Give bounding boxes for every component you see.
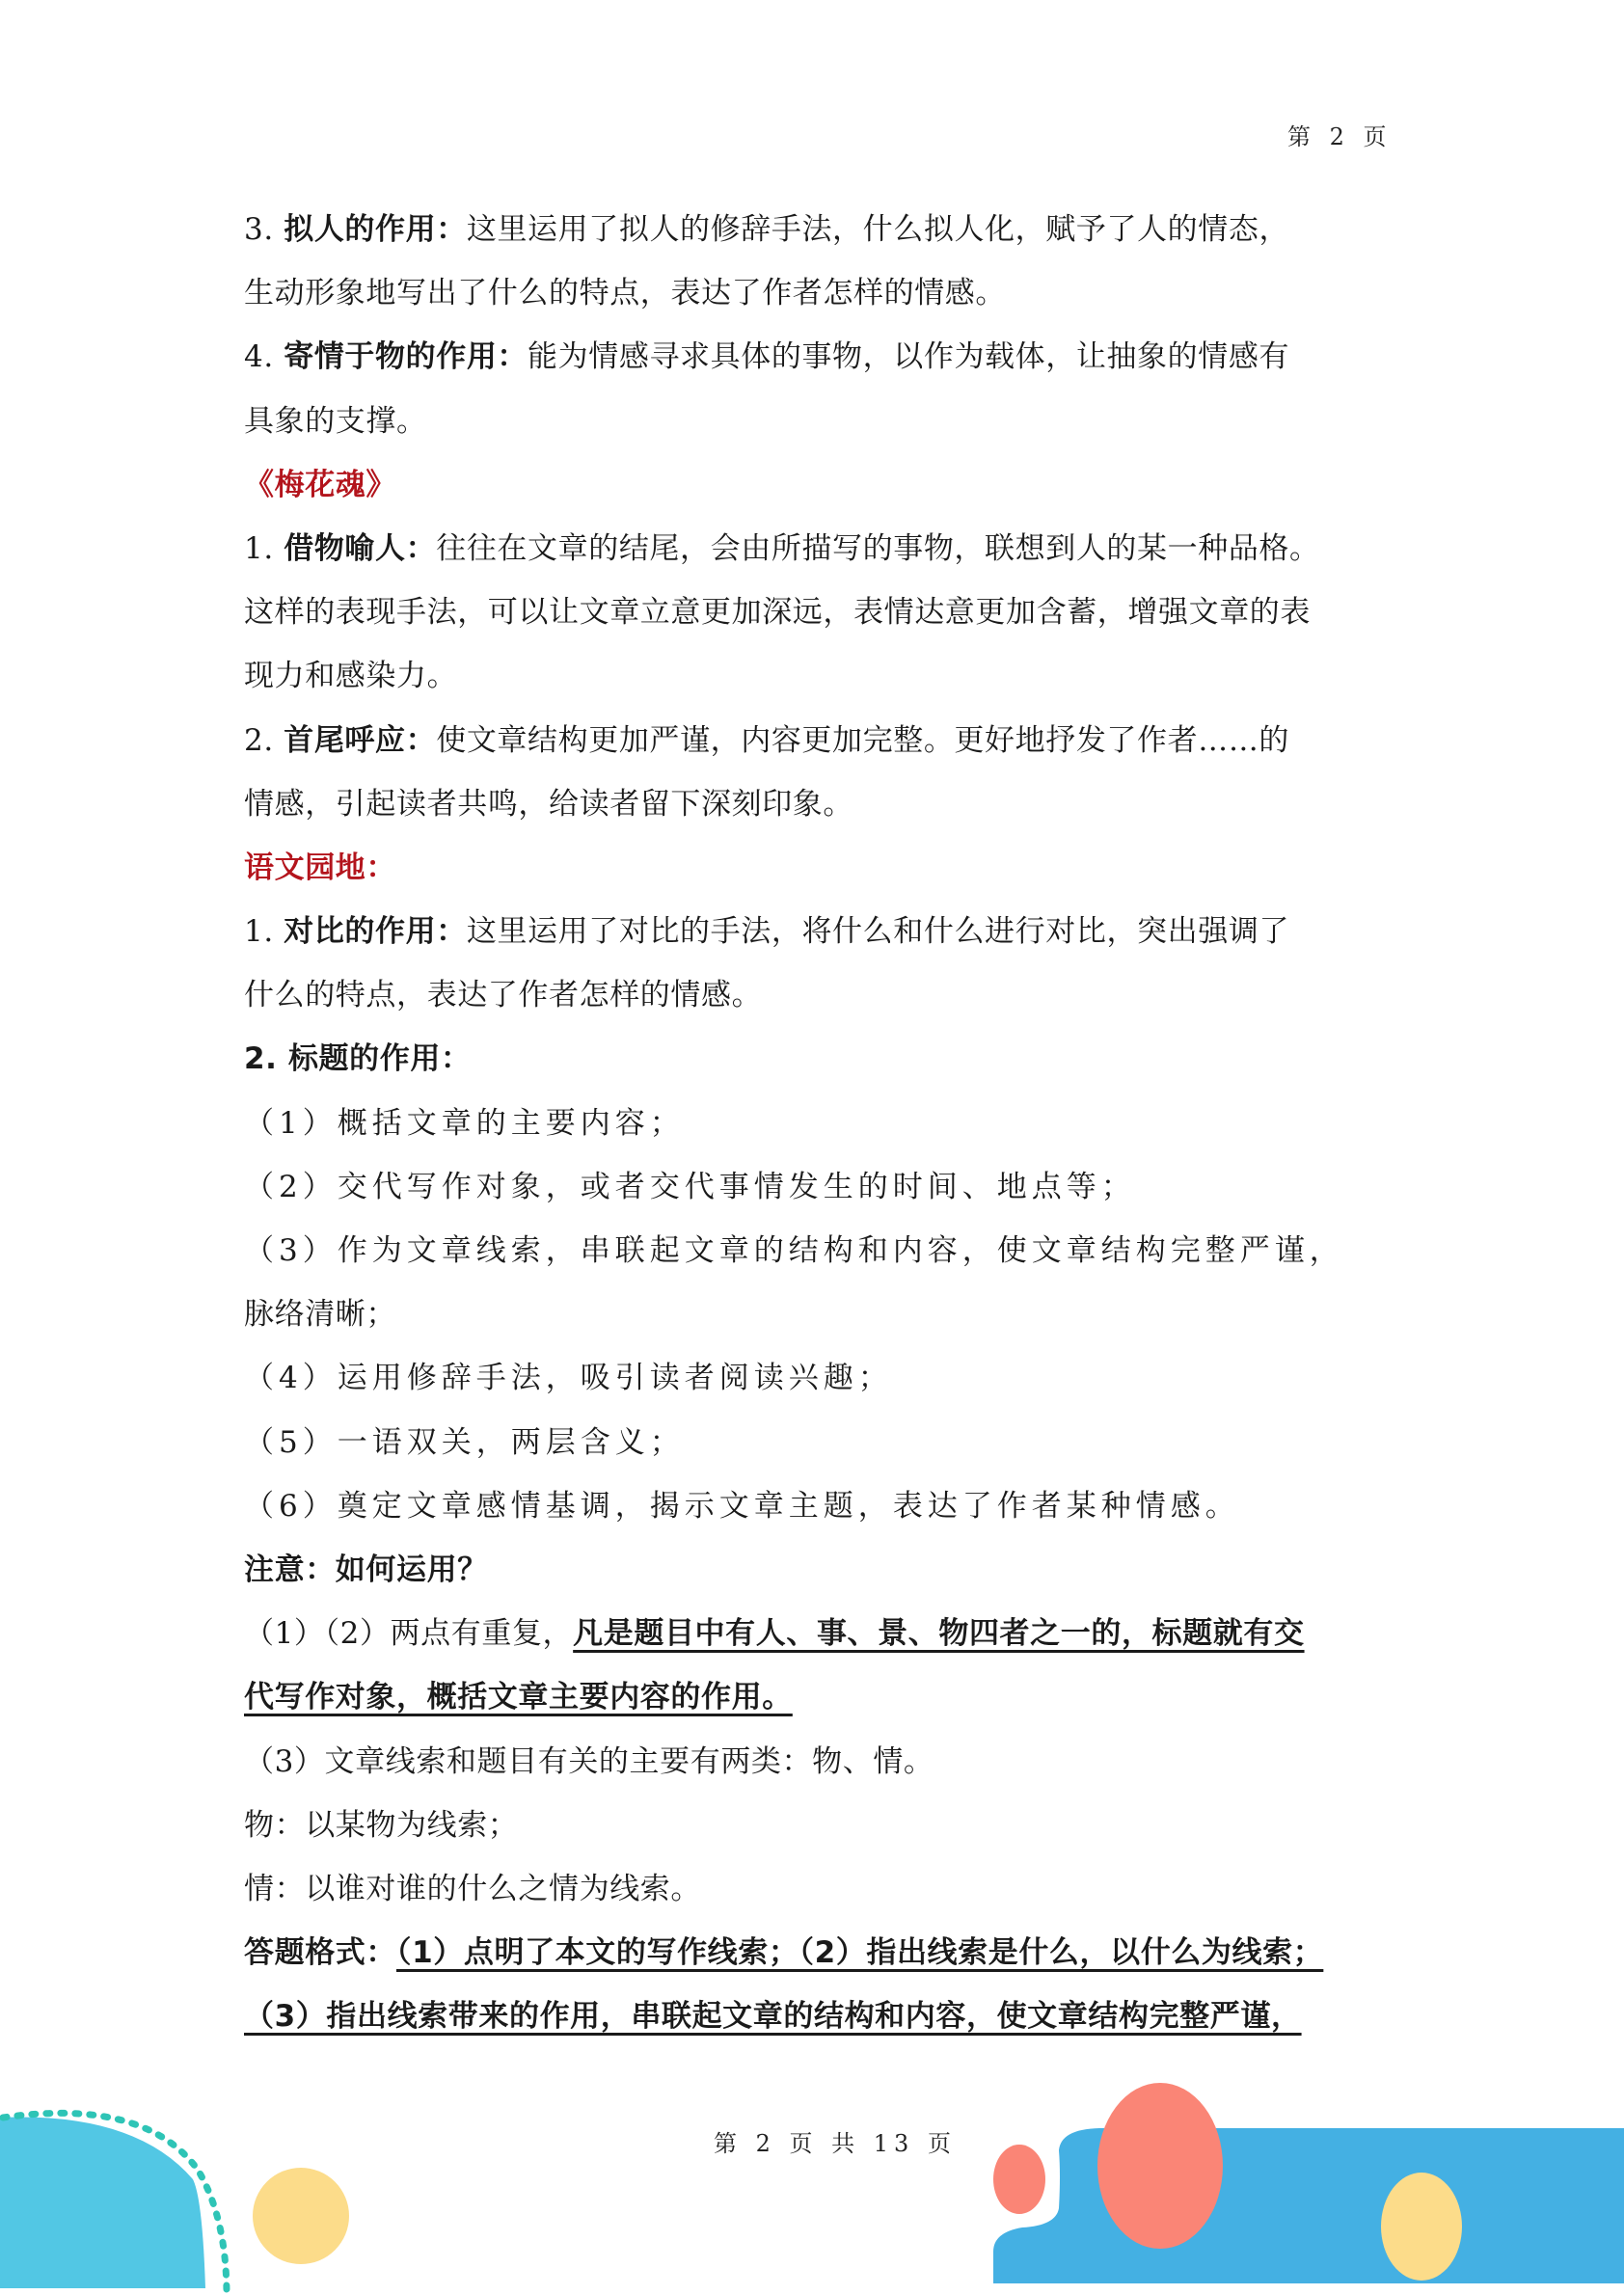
page-footer-number: 第 2 页 共 13 页	[714, 2124, 957, 2158]
item-number: 2.	[244, 723, 284, 758]
right-yellow-circle-shape	[1381, 2173, 1462, 2281]
item-text: 这里运用了对比的手法，将什么和什么进行对比，突出强调了	[467, 914, 1289, 949]
item-text: 这里运用了拟人的修辞手法，什么拟人化，赋予了人的情态，	[467, 212, 1289, 247]
item-number: 1.	[244, 914, 284, 949]
answer-format-line-2: （3）指出线索带来的作用，串联起文章的结构和内容，使文章结构完整严谨，	[244, 1984, 1377, 2048]
small-coral-circle-shape	[993, 2145, 1045, 2214]
item-number: 4.	[244, 339, 284, 374]
note-underlined-text: 代写作对象，概括文章主要内容的作用。	[244, 1680, 793, 1714]
answer-format-text: （1）点明了本文的写作线索；（2）指出线索是什么，以什么为线索；	[396, 1935, 1323, 1970]
page-header-number: 第 2 页	[1287, 118, 1393, 151]
note-paragraph-1-cont: 代写作对象，概括文章主要内容的作用。	[244, 1665, 1377, 1729]
document-body: 3. 拟人的作用：这里运用了拟人的修辞手法，什么拟人化，赋予了人的情态， 生动形…	[244, 198, 1377, 2048]
paragraph-continuation: 这样的表现手法，可以让文章立意更加深远，表情达意更加含蓄，增强文章的表	[244, 580, 1377, 644]
note-paragraph-2: （3）文章线索和题目有关的主要有两类：物、情。	[244, 1730, 1377, 1794]
answer-format-line-1: 答题格式：（1）点明了本文的写作线索；（2）指出线索是什么，以什么为线索；	[244, 1921, 1377, 1984]
list-item-point-1: （1）概括文章的主要内容；	[244, 1092, 1377, 1155]
paragraph-emotion-in-object: 4. 寄情于物的作用：能为情感寻求具体的事物，以作为载体，让抽象的情感有	[244, 325, 1377, 389]
item-text: 使文章结构更加严谨，内容更加完整。更好地抒发了作者……的	[436, 723, 1289, 758]
item-number: 1.	[244, 531, 284, 566]
paragraph-contrast: 1. 对比的作用：这里运用了对比的手法，将什么和什么进行对比，突出强调了	[244, 900, 1377, 963]
paragraph-continuation: 具象的支撑。	[244, 390, 1377, 453]
item-term: 首尾呼应：	[284, 723, 436, 758]
item-term: 对比的作用：	[284, 914, 467, 949]
list-item-point-3: （3）作为文章线索，串联起文章的结构和内容，使文章结构完整严谨，	[244, 1219, 1377, 1282]
item-term: 寄情于物的作用：	[284, 339, 528, 374]
item-number: 3.	[244, 212, 284, 247]
note-paragraph-1: （1）（2）两点有重复，凡是题目中有人、事、景、物四者之一的，标题就有交	[244, 1602, 1377, 1665]
section-title-yuwenyuandi: 语文园地：	[244, 836, 1377, 900]
paragraph-personification: 3. 拟人的作用：这里运用了拟人的修辞手法，什么拟人化，赋予了人的情态，	[244, 198, 1377, 261]
item-text: 往往在文章的结尾，会由所描写的事物，联想到人的某一种品格。	[436, 531, 1319, 566]
list-item-point-6: （6）奠定文章感情基调，揭示文章主题，表达了作者某种情感。	[244, 1474, 1377, 1538]
list-item-point-5: （5）一语双关，两层含义；	[244, 1411, 1377, 1474]
item-term: 拟人的作用：	[284, 212, 467, 247]
note-paragraph-4: 情：以谁对谁的什么之情为线索。	[244, 1857, 1377, 1921]
paragraph-continuation: 现力和感染力。	[244, 644, 1377, 708]
paragraph-continuation: 生动形象地写出了什么的特点，表达了作者怎样的情感。	[244, 261, 1377, 325]
note-heading: 注意：如何运用？	[244, 1538, 1377, 1602]
note-underlined-text: 凡是题目中有人、事、景、物四者之一的，标题就有交	[573, 1616, 1304, 1651]
blue-wave-band-shape	[993, 2128, 1624, 2283]
footer-decoration	[0, 2044, 1624, 2295]
paragraph-metaphor-by-object: 1. 借物喻人：往往在文章的结尾，会由所描写的事物，联想到人的某一种品格。	[244, 517, 1377, 580]
note-plain-text: （1）（2）两点有重复，	[244, 1616, 573, 1651]
large-coral-circle-shape	[1097, 2083, 1223, 2249]
paragraph-beginning-end-echo: 2. 首尾呼应：使文章结构更加严谨，内容更加完整。更好地抒发了作者……的	[244, 709, 1377, 772]
list-item-point-4: （4）运用修辞手法，吸引读者阅读兴趣；	[244, 1346, 1377, 1410]
subheading-title-function: 2. 标题的作用：	[244, 1027, 1377, 1091]
list-item-point-3-cont: 脉络清晰；	[244, 1282, 1377, 1346]
list-item-point-2: （2）交代写作对象，或者交代事情发生的时间、地点等；	[244, 1155, 1377, 1219]
answer-format-label: 答题格式：	[244, 1935, 396, 1970]
item-term: 借物喻人：	[284, 531, 436, 566]
section-title-meihuahun: 《梅花魂》	[244, 453, 1377, 517]
paragraph-continuation: 什么的特点，表达了作者怎样的情感。	[244, 963, 1377, 1027]
item-text: 能为情感寻求具体的事物，以作为载体，让抽象的情感有	[528, 339, 1289, 374]
yellow-circle-shape	[253, 2168, 349, 2264]
paragraph-continuation: 情感，引起读者共鸣，给读者留下深刻印象。	[244, 772, 1377, 836]
answer-format-text: （3）指出线索带来的作用，串联起文章的结构和内容，使文章结构完整严谨，	[244, 1999, 1302, 2034]
note-paragraph-3: 物：以某物为线索；	[244, 1794, 1377, 1857]
